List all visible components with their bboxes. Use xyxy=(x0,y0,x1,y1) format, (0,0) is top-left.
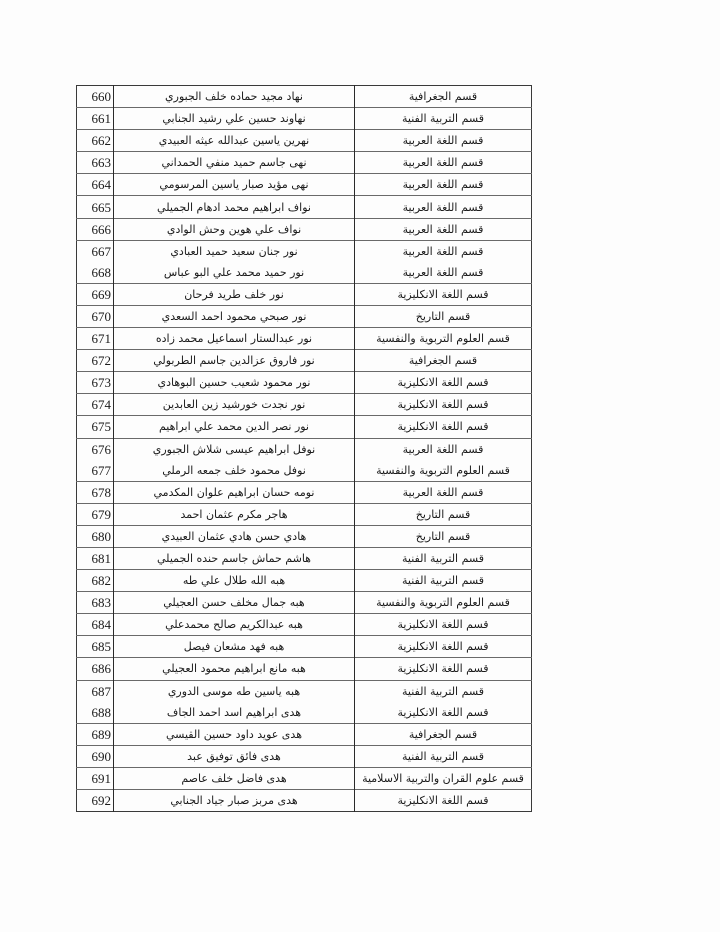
table-row: 674 نور نجدت خورشيد زين العابدين قسم الل… xyxy=(77,394,532,416)
table-row: 685 هبه فهد مشعان فيصل قسم اللغة الانكلي… xyxy=(77,636,532,658)
table-row: 673 نور محمود شعيب حسين البوهادي قسم الل… xyxy=(77,372,532,394)
student-name: نواف علي هوين وحش الوادي xyxy=(114,218,355,240)
student-name: هبه ياسين طه موسى الدوري xyxy=(114,680,355,702)
department: قسم اللغة الانكليزية xyxy=(355,658,532,680)
row-number: 677 xyxy=(77,460,114,482)
department: قسم اللغة الانكليزية xyxy=(355,702,532,724)
row-number: 669 xyxy=(77,283,114,305)
student-name: هدى عويد داود حسين القيسي xyxy=(114,723,355,745)
department: قسم الجغرافية xyxy=(355,350,532,372)
table-row: 670 نور صبحي محمود احمد السعدي قسم التار… xyxy=(77,305,532,327)
table-row: 692 هدى مربز صبار جياد الجنابي قسم اللغة… xyxy=(77,790,532,812)
department: قسم العلوم التربوية والنفسية xyxy=(355,592,532,614)
roster-body: 660 نهاد مجيد حماده خلف الجبوري قسم الجغ… xyxy=(77,86,532,812)
row-number: 662 xyxy=(77,130,114,152)
student-name: نور فاروق عزالدين جاسم الطربولي xyxy=(114,350,355,372)
department: قسم التاريخ xyxy=(355,503,532,525)
table-row: 672 نور فاروق عزالدين جاسم الطربولي قسم … xyxy=(77,350,532,372)
department: قسم اللغة الانكليزية xyxy=(355,790,532,812)
row-number: 667 xyxy=(77,240,114,262)
table-row: 684 هبه عبدالكريم صالح محمدعلي قسم اللغة… xyxy=(77,614,532,636)
table-row: 690 هدى فائق توفيق عبد قسم التربية الفني… xyxy=(77,745,532,767)
department: قسم العلوم التربوية والنفسية xyxy=(355,328,532,350)
department: قسم العلوم التربوية والنفسية xyxy=(355,460,532,482)
department: قسم اللغة الانكليزية xyxy=(355,416,532,438)
student-roster-table: 660 نهاد مجيد حماده خلف الجبوري قسم الجغ… xyxy=(76,85,532,812)
department: قسم اللغة الانكليزية xyxy=(355,394,532,416)
row-number: 687 xyxy=(77,680,114,702)
student-name: نهرين ياسين عبدالله عيثه العبيدي xyxy=(114,130,355,152)
department: قسم اللغة العربية xyxy=(355,438,532,460)
student-name: نهى جاسم حميد منفي الحمداني xyxy=(114,152,355,174)
table-row: 689 هدى عويد داود حسين القيسي قسم الجغرا… xyxy=(77,723,532,745)
department: قسم التربية الفنية xyxy=(355,745,532,767)
row-number: 683 xyxy=(77,592,114,614)
row-number: 680 xyxy=(77,525,114,547)
student-name: نور نصر الدين محمد علي ابراهيم xyxy=(114,416,355,438)
department: قسم الجغرافية xyxy=(355,723,532,745)
student-name: هبه عبدالكريم صالح محمدعلي xyxy=(114,614,355,636)
student-name: هدى ابراهيم اسد احمد الجاف xyxy=(114,702,355,724)
department: قسم اللغة الانكليزية xyxy=(355,372,532,394)
table-row: 677 نوفل محمود خلف جمعه الرملي قسم العلو… xyxy=(77,460,532,482)
student-name: هدى فاضل خلف عاصم xyxy=(114,767,355,789)
row-number: 666 xyxy=(77,218,114,240)
table-row: 688 هدى ابراهيم اسد احمد الجاف قسم اللغة… xyxy=(77,702,532,724)
table-row: 676 نوفل ابراهيم عيسى شلاش الجبوري قسم ا… xyxy=(77,438,532,460)
row-number: 676 xyxy=(77,438,114,460)
table-row: 661 نهاوند حسين علي رشيد الجنابي قسم الت… xyxy=(77,108,532,130)
student-name: هادي حسن هادي عثمان العبيدي xyxy=(114,525,355,547)
student-name: هبه جمال مخلف حسن العجيلي xyxy=(114,592,355,614)
department: قسم اللغة العربية xyxy=(355,240,532,262)
row-number: 664 xyxy=(77,174,114,196)
department: قسم اللغة العربية xyxy=(355,481,532,503)
student-name: نور جنان سعيد حميد العبادي xyxy=(114,240,355,262)
table-row: 666 نواف علي هوين وحش الوادي قسم اللغة ا… xyxy=(77,218,532,240)
table-row: 675 نور نصر الدين محمد علي ابراهيم قسم ا… xyxy=(77,416,532,438)
row-number: 679 xyxy=(77,503,114,525)
row-number: 673 xyxy=(77,372,114,394)
table-row: 687 هبه ياسين طه موسى الدوري قسم التربية… xyxy=(77,680,532,702)
student-name: نوفل ابراهيم عيسى شلاش الجبوري xyxy=(114,438,355,460)
student-name: نور خلف طريد فرحان xyxy=(114,283,355,305)
student-name: نهاد مجيد حماده خلف الجبوري xyxy=(114,86,355,108)
table-row: 686 هبه مانع ابراهيم محمود العجيلي قسم ا… xyxy=(77,658,532,680)
table-row: 682 هبه الله طلال علي طه قسم التربية الف… xyxy=(77,570,532,592)
table-row: 665 نواف ابراهيم محمد ادهام الجميلي قسم … xyxy=(77,196,532,218)
row-number: 671 xyxy=(77,328,114,350)
table-row: 668 نور حميد محمد علي البو عباس قسم اللغ… xyxy=(77,262,532,284)
department: قسم اللغة العربية xyxy=(355,174,532,196)
row-number: 685 xyxy=(77,636,114,658)
student-name: هبه فهد مشعان فيصل xyxy=(114,636,355,658)
student-name: هاجر مكرم عثمان احمد xyxy=(114,503,355,525)
table-row: 691 هدى فاضل خلف عاصم قسم علوم القران وا… xyxy=(77,767,532,789)
student-name: هدى فائق توفيق عبد xyxy=(114,745,355,767)
table-row: 679 هاجر مكرم عثمان احمد قسم التاريخ xyxy=(77,503,532,525)
table-row: 681 هاشم حماش جاسم حنده الجميلي قسم التر… xyxy=(77,547,532,569)
department: قسم اللغة العربية xyxy=(355,130,532,152)
table-row: 660 نهاد مجيد حماده خلف الجبوري قسم الجغ… xyxy=(77,86,532,108)
row-number: 691 xyxy=(77,767,114,789)
department: قسم الجغرافية xyxy=(355,86,532,108)
row-number: 675 xyxy=(77,416,114,438)
student-name: هبه مانع ابراهيم محمود العجيلي xyxy=(114,658,355,680)
row-number: 674 xyxy=(77,394,114,416)
row-number: 660 xyxy=(77,86,114,108)
student-name: نور حميد محمد علي البو عباس xyxy=(114,262,355,284)
table-row: 680 هادي حسن هادي عثمان العبيدي قسم التا… xyxy=(77,525,532,547)
row-number: 682 xyxy=(77,570,114,592)
student-name: نومه حسان ابراهيم علوان المكدمي xyxy=(114,481,355,503)
row-number: 665 xyxy=(77,196,114,218)
department: قسم التربية الفنية xyxy=(355,570,532,592)
row-number: 681 xyxy=(77,547,114,569)
row-number: 692 xyxy=(77,790,114,812)
department: قسم التاريخ xyxy=(355,305,532,327)
department: قسم التربية الفنية xyxy=(355,108,532,130)
department: قسم علوم القران والتربية الاسلامية xyxy=(355,767,532,789)
student-name: هاشم حماش جاسم حنده الجميلي xyxy=(114,547,355,569)
student-name: هبه الله طلال علي طه xyxy=(114,570,355,592)
department: قسم اللغة الانكليزية xyxy=(355,636,532,658)
table-row: 664 نهى مؤيد صبار ياسين المرسومي قسم الل… xyxy=(77,174,532,196)
department: قسم التاريخ xyxy=(355,525,532,547)
table-row: 669 نور خلف طريد فرحان قسم اللغة الانكلي… xyxy=(77,283,532,305)
row-number: 689 xyxy=(77,723,114,745)
department: قسم اللغة العربية xyxy=(355,196,532,218)
student-name: نور نجدت خورشيد زين العابدين xyxy=(114,394,355,416)
row-number: 668 xyxy=(77,262,114,284)
student-name: نهاوند حسين علي رشيد الجنابي xyxy=(114,108,355,130)
row-number: 670 xyxy=(77,305,114,327)
student-name: هدى مربز صبار جياد الجنابي xyxy=(114,790,355,812)
student-name: نوفل محمود خلف جمعه الرملي xyxy=(114,460,355,482)
student-name: نور محمود شعيب حسين البوهادي xyxy=(114,372,355,394)
student-name: نور صبحي محمود احمد السعدي xyxy=(114,305,355,327)
row-number: 684 xyxy=(77,614,114,636)
table-row: 663 نهى جاسم حميد منفي الحمداني قسم اللغ… xyxy=(77,152,532,174)
table-row: 667 نور جنان سعيد حميد العبادي قسم اللغة… xyxy=(77,240,532,262)
row-number: 678 xyxy=(77,481,114,503)
table-row: 671 نور عبدالستار اسماعيل محمد زاده قسم … xyxy=(77,328,532,350)
row-number: 690 xyxy=(77,745,114,767)
department: قسم التربية الفنية xyxy=(355,680,532,702)
student-name: نهى مؤيد صبار ياسين المرسومي xyxy=(114,174,355,196)
row-number: 661 xyxy=(77,108,114,130)
row-number: 688 xyxy=(77,702,114,724)
student-name: نواف ابراهيم محمد ادهام الجميلي xyxy=(114,196,355,218)
department: قسم التربية الفنية xyxy=(355,547,532,569)
table-row: 662 نهرين ياسين عبدالله عيثه العبيدي قسم… xyxy=(77,130,532,152)
row-number: 672 xyxy=(77,350,114,372)
department: قسم اللغة العربية xyxy=(355,262,532,284)
table-row: 678 نومه حسان ابراهيم علوان المكدمي قسم … xyxy=(77,481,532,503)
row-number: 663 xyxy=(77,152,114,174)
department: قسم اللغة العربية xyxy=(355,152,532,174)
student-name: نور عبدالستار اسماعيل محمد زاده xyxy=(114,328,355,350)
department: قسم اللغة الانكليزية xyxy=(355,283,532,305)
department: قسم اللغة الانكليزية xyxy=(355,614,532,636)
table-row: 683 هبه جمال مخلف حسن العجيلي قسم العلوم… xyxy=(77,592,532,614)
department: قسم اللغة العربية xyxy=(355,218,532,240)
row-number: 686 xyxy=(77,658,114,680)
document-page: 660 نهاد مجيد حماده خلف الجبوري قسم الجغ… xyxy=(0,0,720,932)
